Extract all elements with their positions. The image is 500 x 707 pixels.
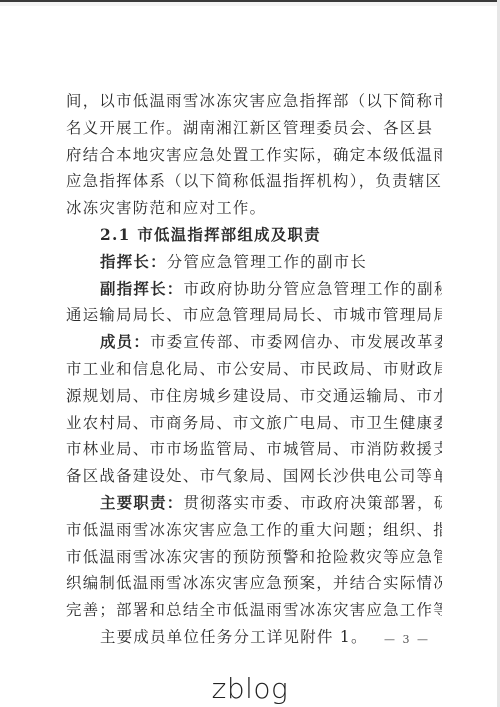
section-heading: 2.1 市低温指挥部组成及职责 bbox=[66, 222, 442, 249]
members-line: 源规划局、市住房城乡建设局、市交通运输局、市水利局、市农 bbox=[66, 383, 442, 410]
body-line: 间，以市低温雨雪冰冻灾害应急指挥部（以下简称市低温指挥部） bbox=[66, 88, 442, 115]
members-line: 市林业局、市市场监管局、市城管局、市消防救援支队、长沙警 bbox=[66, 436, 442, 463]
members-line: 备区战备建设处、市气象局、国网长沙供电公司等单位负责同志。 bbox=[66, 463, 442, 490]
body-line: 名义开展工作。湖南湘江新区管理委员会、各区县（市）人民政 bbox=[66, 115, 442, 142]
watermark: zblog bbox=[0, 672, 500, 705]
members-line: 成员：市委宣传部、市委网信办、市发展改革委、市教育局、 bbox=[66, 329, 442, 356]
duties-line: 市低温雨雪冰冻灾害的预防预警和抢险救灾等应急管理工作；组 bbox=[66, 544, 442, 571]
top-shade bbox=[0, 2, 500, 6]
members-line: 业农村局、市商务局、市文旅广电局、市卫生健康委、市应急局、 bbox=[66, 410, 442, 437]
duties-text: 贯彻落实市委、市政府决策部署，研究、决定全 bbox=[183, 494, 442, 512]
deputy-commander-label: 副指挥长： bbox=[100, 280, 183, 298]
deputy-commander-text: 市政府协助分管应急管理工作的副秘书长、市交 bbox=[183, 280, 442, 298]
commander-line: 指挥长：分管应急管理工作的副市长 bbox=[66, 249, 442, 276]
deputy-commander-line: 副指挥长：市政府协助分管应急管理工作的副秘书长、市交 bbox=[66, 276, 442, 303]
page-number: — 3 — bbox=[384, 633, 430, 646]
members-text: 市委宣传部、市委网信办、市发展改革委、市教育局、 bbox=[150, 333, 442, 351]
document-page: 间，以市低温雨雪冰冻灾害应急指挥部（以下简称市低温指挥部） 名义开展工作。湖南湘… bbox=[66, 88, 442, 651]
body-line: 府结合本地灾害应急处置工作实际，确定本级低温雨雪冰冻灾害 bbox=[66, 142, 442, 169]
commander-label: 指挥长： bbox=[100, 253, 167, 271]
duties-line: 完善；部署和总结全市低温雨雪冰冻灾害应急工作等。 bbox=[66, 597, 442, 624]
duties-label: 主要职责： bbox=[100, 494, 183, 512]
duties-line: 主要职责：贯彻落实市委、市政府决策部署，研究、决定全 bbox=[66, 490, 442, 517]
members-line: 市工业和信息化局、市公安局、市民政局、市财政局、市自然资 bbox=[66, 356, 442, 383]
members-label: 成员： bbox=[100, 333, 150, 351]
duties-line: 织编制低温雨雪冰冻灾害应急预案，并结合实际情况适时修订和 bbox=[66, 570, 442, 597]
body-line: 冰冻灾害防范和应对工作。 bbox=[66, 195, 442, 222]
deputy-commander-line-2: 通运输局局长、市应急管理局局长、市城市管理局局长。 bbox=[66, 302, 442, 329]
commander-text: 分管应急管理工作的副市长 bbox=[167, 253, 367, 271]
duties-line: 市低温雨雪冰冻灾害应急工作的重大问题；组织、指挥和协调全 bbox=[66, 517, 442, 544]
body-line: 应急指挥体系（以下简称低温指挥机构），负责辖区内低温雨雪 bbox=[66, 168, 442, 195]
